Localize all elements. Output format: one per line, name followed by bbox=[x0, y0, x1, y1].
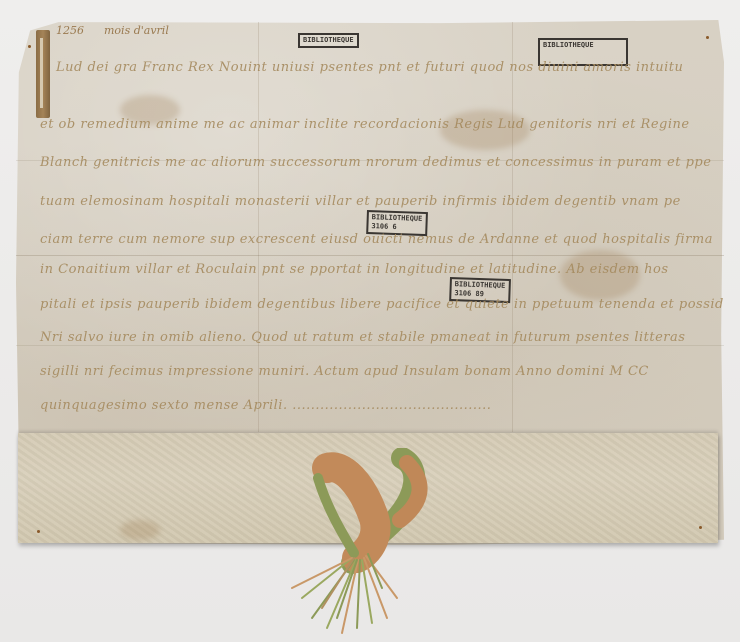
text-line: ciam terre cum nemore sup excrescent eiu… bbox=[40, 232, 713, 247]
text-line: tuam elemosinam hospitali monasterii vil… bbox=[40, 194, 681, 209]
text-line: Blanch genitricis me ac aliorum successo… bbox=[40, 155, 711, 170]
month-annotation: mois d'avril bbox=[104, 24, 169, 37]
date-annotation: 1256 bbox=[56, 24, 84, 37]
ink-spot bbox=[706, 36, 709, 39]
ink-spot bbox=[37, 530, 40, 533]
text-line: Lud dei gra Franc Rex Nouint uniusi psen… bbox=[56, 60, 683, 75]
text-line: quinquagesimo sexto mense Aprili. ......… bbox=[40, 398, 491, 413]
ink-spot bbox=[28, 45, 31, 48]
stain bbox=[120, 520, 160, 540]
text-line: sigilli nri fecimus impressione muniri. … bbox=[40, 364, 649, 379]
ink-spot bbox=[699, 526, 702, 529]
text-line: Nri salvo iure in omib alieno. Quod ut r… bbox=[40, 330, 685, 345]
library-stamp: BIBLIOTHEQUE bbox=[298, 33, 359, 48]
text-line: pitali et ipsis pauperib ibidem degentib… bbox=[40, 297, 724, 312]
silk-seal-cord bbox=[282, 448, 452, 638]
horizontal-fold bbox=[16, 345, 724, 346]
illuminated-initial-L bbox=[36, 30, 50, 118]
text-line: in Conaitium villar et Roculain pnt se p… bbox=[40, 262, 669, 277]
text-line: et ob remedium anime me ac animar inclit… bbox=[40, 117, 690, 132]
